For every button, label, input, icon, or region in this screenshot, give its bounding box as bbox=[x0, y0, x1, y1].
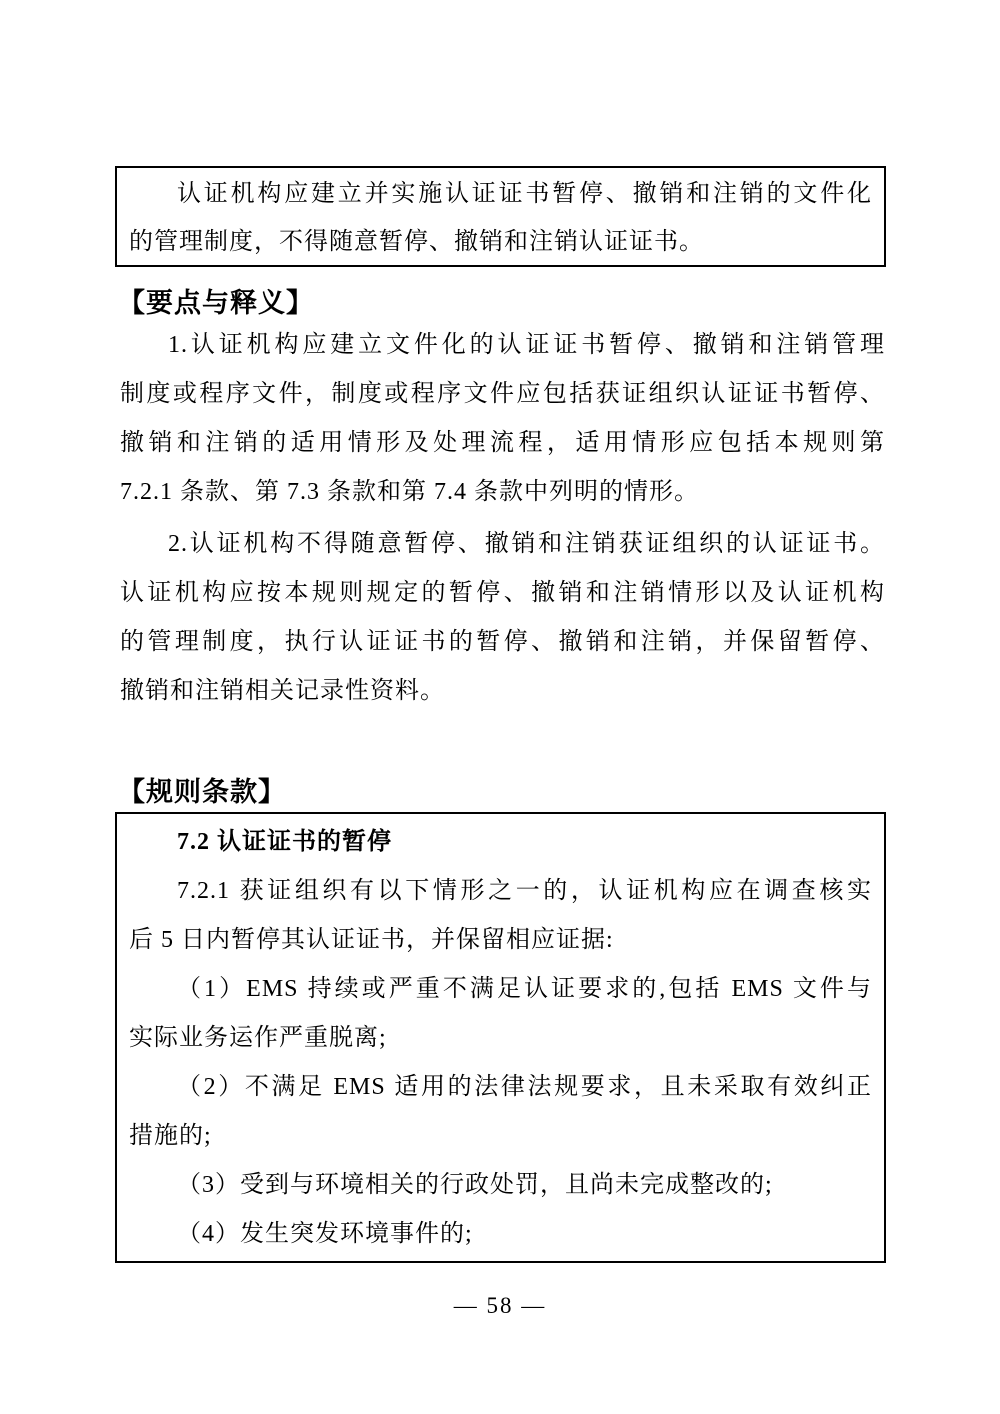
text-line: （3）受到与环境相关的行政处罚，且尚未完成整改的; bbox=[129, 1161, 872, 1210]
text-line: 认证机构应按本规则规定的暂停、撤销和注销情形以及认证机构 bbox=[120, 569, 885, 618]
key-points-paragraph-2: 2.认证机构不得随意暂停、撤销和注销获证组织的认证证书。 认证机构应按本规则规定… bbox=[120, 520, 885, 716]
text-line: 7.2.1 条款、第 7.3 条款和第 7.4 条款中列明的情形。 bbox=[120, 468, 885, 517]
rule-clause-box: 7.2 认证证书的暂停 7.2.1 获证组织有以下情形之一的，认证机构应在调查核… bbox=[115, 812, 886, 1263]
section-heading-rule-clauses: 【规则条款】 bbox=[118, 770, 286, 809]
text-line: （2）不满足 EMS 适用的法律法规要求，且未采取有效纠正 bbox=[129, 1063, 872, 1112]
text-line: 7.2.1 获证组织有以下情形之一的，认证机构应在调查核实 bbox=[129, 867, 872, 916]
text-line: 撤销和注销相关记录性资料。 bbox=[120, 667, 885, 716]
intro-highlight-box: 认证机构应建立并实施认证证书暂停、撤销和注销的文件化 的管理制度，不得随意暂停、… bbox=[115, 166, 886, 267]
text-line: 撤销和注销的适用情形及处理流程，适用情形应包括本规则第 bbox=[120, 419, 885, 468]
text-line: （1）EMS 持续或严重不满足认证要求的,包括 EMS 文件与 bbox=[129, 965, 872, 1014]
text-line: （4）发生突发环境事件的; bbox=[129, 1210, 872, 1259]
key-points-paragraph-1: 1.认证机构应建立文件化的认证证书暂停、撤销和注销管理 制度或程序文件，制度或程… bbox=[120, 321, 885, 517]
text-line: 措施的; bbox=[129, 1112, 872, 1161]
text-line: 1.认证机构应建立文件化的认证证书暂停、撤销和注销管理 bbox=[120, 321, 885, 370]
text-line: 认证机构应建立并实施认证证书暂停、撤销和注销的文件化 bbox=[129, 170, 872, 218]
clause-title: 7.2 认证证书的暂停 bbox=[129, 818, 872, 867]
text-line: 后 5 日内暂停其认证证书，并保留相应证据: bbox=[129, 916, 872, 965]
text-line: 的管理制度，执行认证证书的暂停、撤销和注销，并保留暂停、 bbox=[120, 618, 885, 667]
section-heading-key-points: 【要点与释义】 bbox=[118, 281, 314, 320]
page-number: — 58 — bbox=[0, 1293, 1000, 1319]
text-line: 制度或程序文件，制度或程序文件应包括获证组织认证证书暂停、 bbox=[120, 370, 885, 419]
text-line: 2.认证机构不得随意暂停、撤销和注销获证组织的认证证书。 bbox=[120, 520, 885, 569]
text-line: 实际业务运作严重脱离; bbox=[129, 1014, 872, 1063]
document-page: 认证机构应建立并实施认证证书暂停、撤销和注销的文件化 的管理制度，不得随意暂停、… bbox=[0, 0, 1000, 1414]
text-line: 的管理制度，不得随意暂停、撤销和注销认证证书。 bbox=[129, 218, 872, 266]
